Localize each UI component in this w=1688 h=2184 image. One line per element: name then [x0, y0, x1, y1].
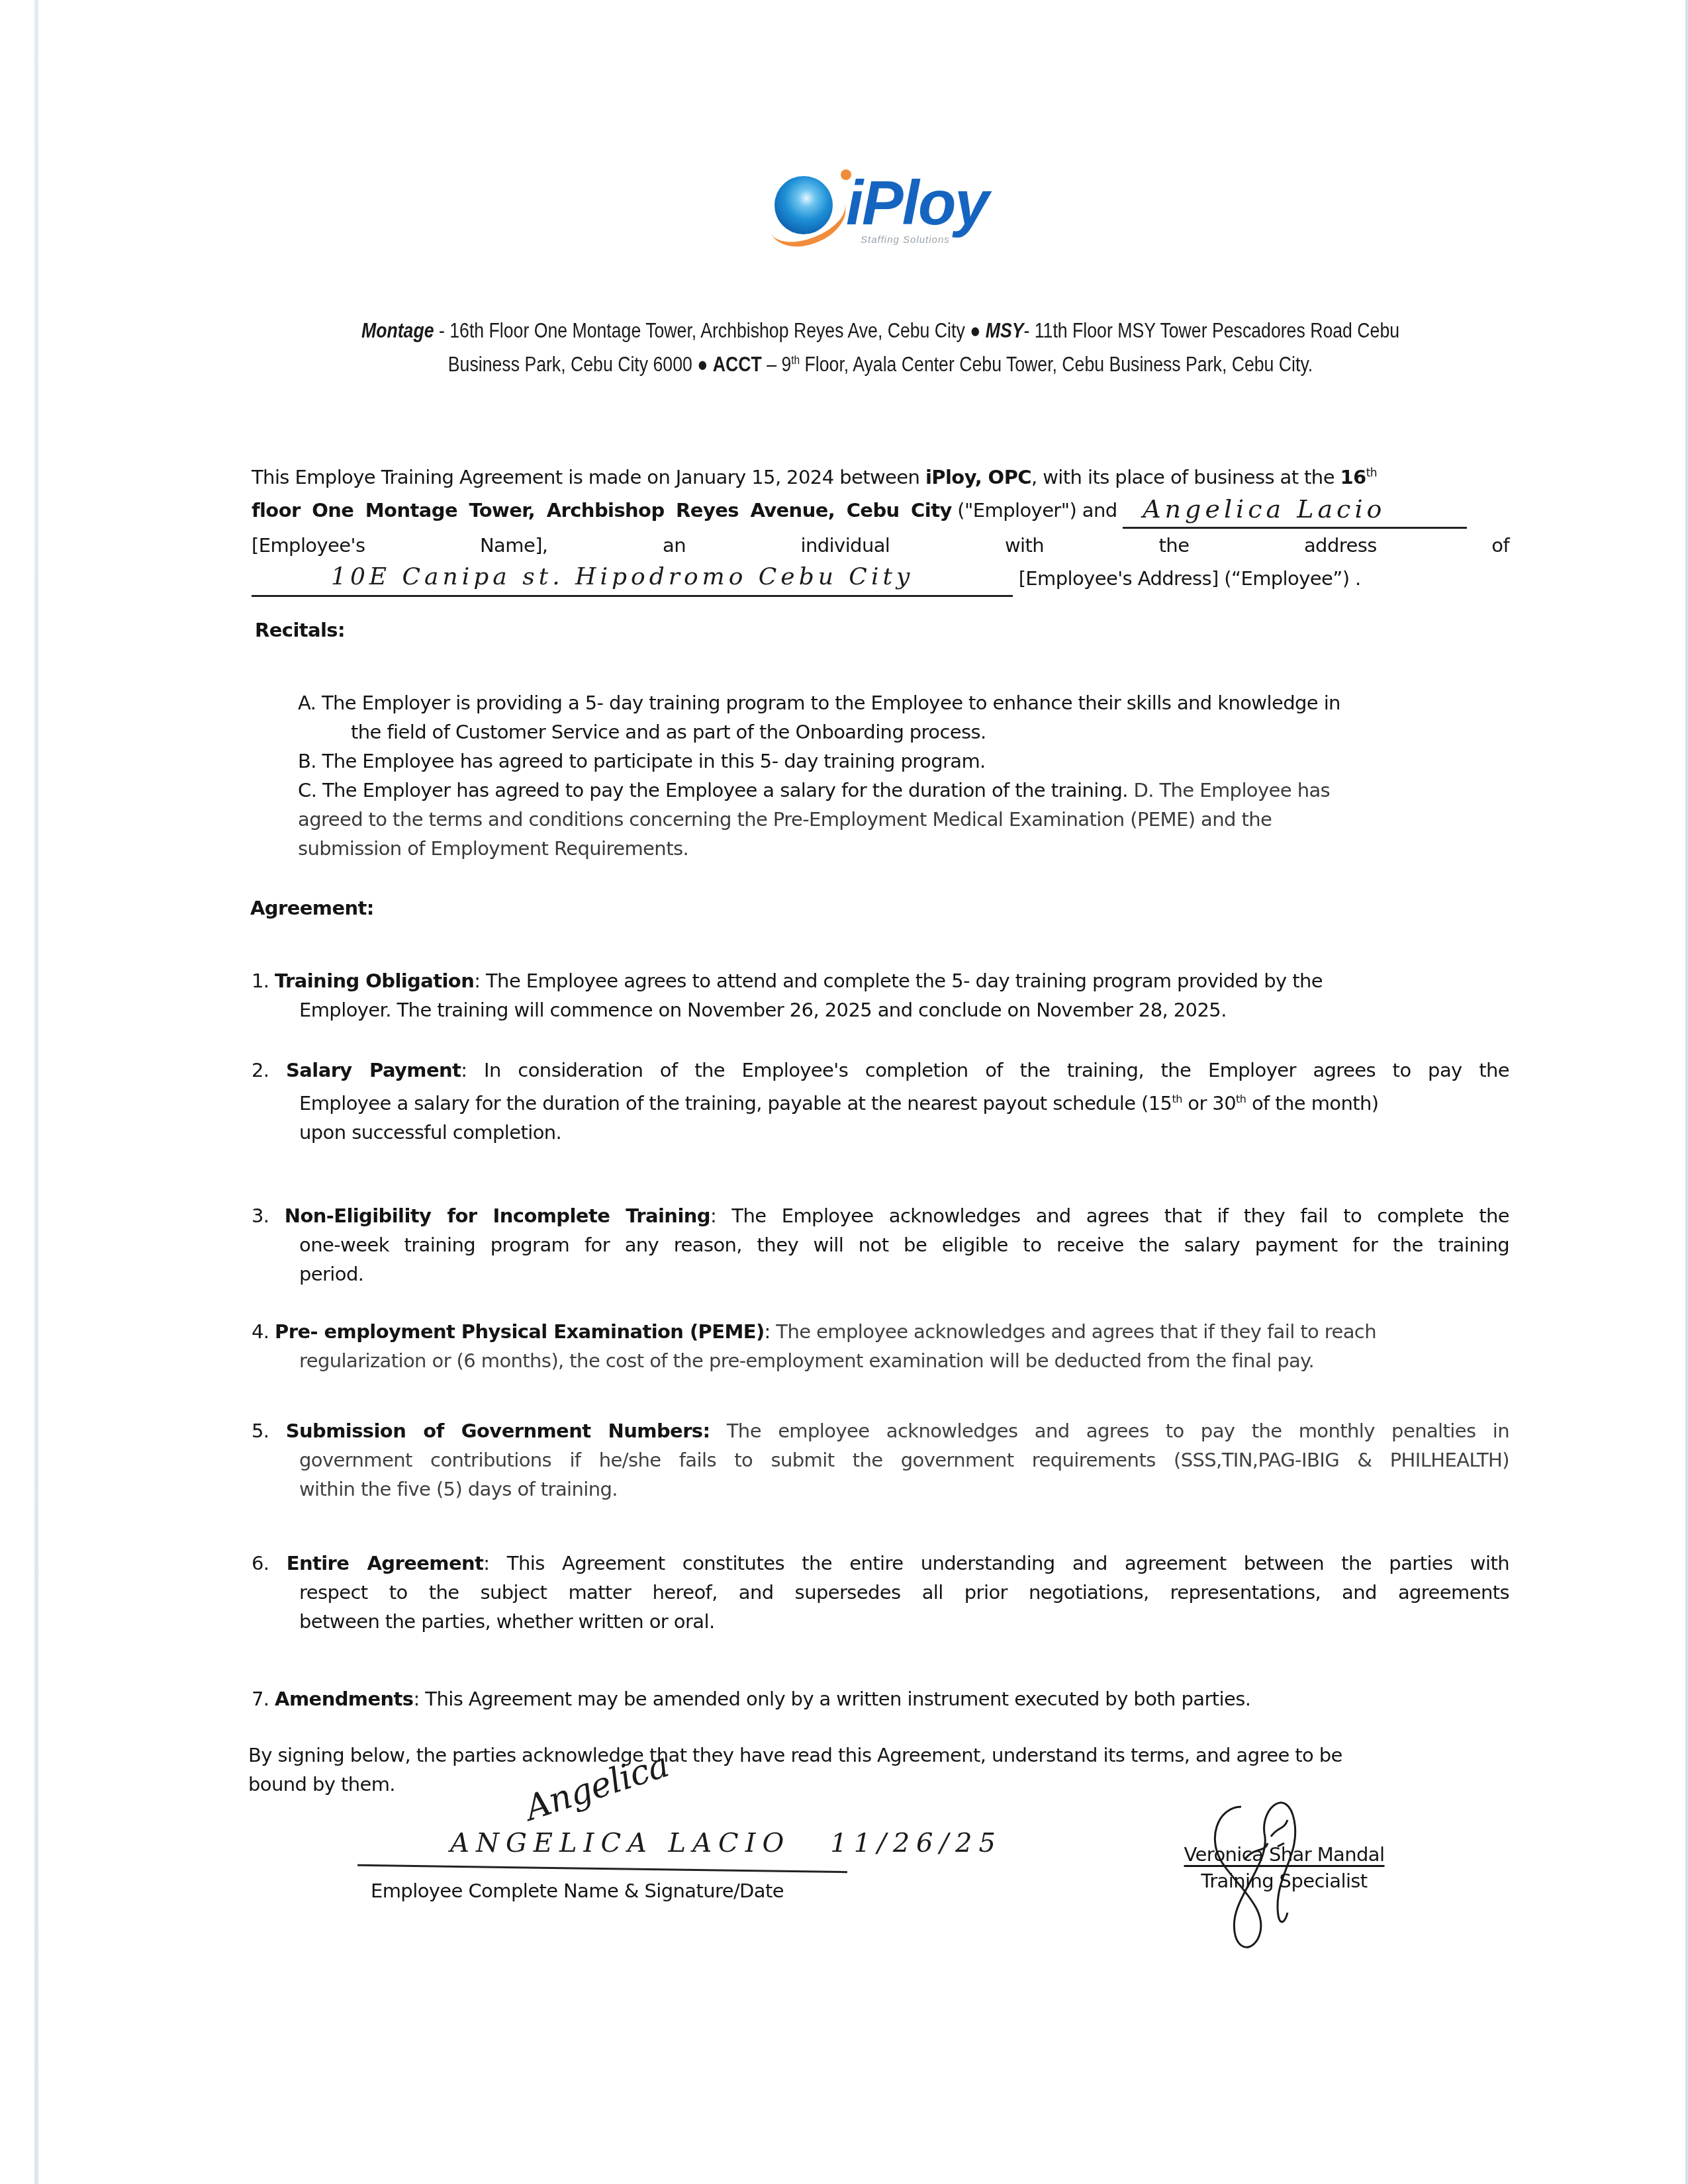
logo-tagline: Staffing Solutions — [861, 234, 950, 246]
msy-label: MSY — [986, 319, 1024, 342]
recitals-list: A. The Employer is providing a 5- day tr… — [298, 688, 1503, 863]
employee-handwritten-name: ANGELICA LACIO11/26/25 — [450, 1828, 1002, 1858]
recital-b: B. The Employee has agreed to participat… — [298, 747, 1503, 776]
intro-paragraph: This Employe Training Agreement is made … — [252, 457, 1509, 597]
trainer-signature-block: Veronica Shar Mandal Training Specialist — [1158, 1843, 1410, 1892]
clause-title: Pre- employment Physical Examination (PE… — [275, 1320, 764, 1343]
scan-edge-right — [1685, 0, 1688, 2184]
employee-signature-line[interactable] — [357, 1864, 847, 1873]
clause-7: 7. Amendments: This Agreement may be ame… — [252, 1684, 1509, 1713]
clause-title: Amendments — [275, 1688, 413, 1710]
employee-handwritten-date: 11/26/25 — [830, 1828, 1002, 1858]
employee-address-handwritten: 10E Canipa st. Hipodromo Cebu City — [331, 561, 914, 594]
clause-2: 2. Salary Payment: In consideration of t… — [252, 1056, 1509, 1147]
clause-title: Submission of Government Numbers: — [286, 1420, 710, 1442]
scan-edge-left — [34, 0, 38, 2184]
clause-title: Entire Agreement — [287, 1552, 484, 1574]
clause-5: 5. Submission of Government Numbers: The… — [252, 1416, 1509, 1504]
intro-line-4: 10E Canipa st. Hipodromo Cebu City [Empl… — [252, 562, 1509, 597]
acct-label: ACCT — [713, 353, 762, 376]
intro-line-3: [Employee's Name], an individual with th… — [252, 529, 1509, 562]
clause-1: 1. Training Obligation: The Employee agr… — [252, 966, 1509, 1024]
recital-a: A. The Employer is providing a 5- day tr… — [298, 688, 1503, 747]
logo-wordmark: iPloy — [846, 172, 988, 234]
clause-6: 6. Entire Agreement: This Agreement cons… — [252, 1549, 1509, 1636]
company-logo: iPloy Staffing Solutions — [774, 165, 993, 245]
clause-title: Non-Eligibility for Incomplete Training — [285, 1205, 710, 1227]
employee-name-field[interactable]: Angelica Lacio — [1123, 494, 1467, 529]
recital-c: C. The Employer has agreed to pay the Em… — [298, 776, 1503, 863]
recitals-heading: Recitals: — [255, 619, 345, 641]
intro-line-2: floor One Montage Tower, Archbishop Reye… — [252, 494, 1509, 529]
trainer-name: Veronica Shar Mandal — [1158, 1843, 1410, 1866]
trainer-role: Training Specialist — [1158, 1870, 1410, 1892]
clause-title: Salary Payment — [286, 1059, 461, 1081]
office-addresses: Montage - 16th Floor One Montage Tower, … — [346, 316, 1416, 379]
montage-label: Montage — [361, 319, 434, 342]
intro-line-1: This Employe Training Agreement is made … — [252, 457, 1509, 494]
swoosh-icon — [761, 179, 855, 257]
clause-3: 3. Non-Eligibility for Incomplete Traini… — [252, 1201, 1509, 1289]
employer-name: iPloy, OPC — [925, 466, 1031, 488]
employee-signature-label: Employee Complete Name & Signature/Date — [371, 1880, 784, 1902]
agreement-heading: Agreement: — [250, 897, 374, 919]
employee-name-handwritten: Angelica Lacio — [1143, 492, 1385, 525]
clause-4: 4. Pre- employment Physical Examination … — [252, 1317, 1509, 1375]
clause-title: Training Obligation — [275, 970, 474, 992]
bullet-icon: ● — [697, 353, 708, 376]
bullet-icon: ● — [970, 319, 980, 342]
employee-address-field[interactable]: 10E Canipa st. Hipodromo Cebu City — [252, 562, 1013, 597]
